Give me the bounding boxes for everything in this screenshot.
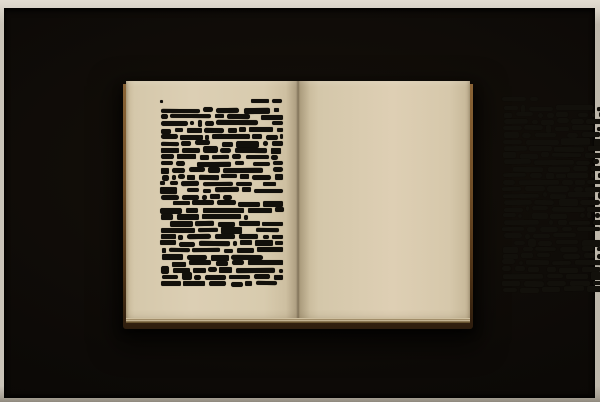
redaction-mark [215, 234, 235, 239]
redaction-mark [239, 221, 260, 226]
redaction-mark [244, 215, 248, 220]
redaction-mark [199, 175, 219, 180]
redaction-mark [161, 168, 169, 174]
redaction-mark [161, 121, 188, 126]
redaction-mark [503, 213, 516, 217]
redaction-mark [542, 287, 560, 292]
redaction-mark [503, 180, 515, 185]
redaction-mark [574, 260, 600, 265]
redaction-mark [209, 281, 226, 286]
black-mount [4, 8, 595, 398]
redaction-mark [573, 166, 588, 171]
redaction-mark [176, 214, 198, 220]
redaction-mark [160, 240, 176, 245]
redaction-mark [254, 274, 270, 279]
redaction-mark [525, 234, 530, 239]
redaction-mark [203, 208, 244, 213]
redaction-mark [195, 221, 214, 226]
redaction-mark [504, 113, 512, 118]
redaction-row [502, 152, 600, 159]
left-page [126, 81, 298, 322]
redaction-mark [504, 208, 523, 212]
redaction-mark [513, 166, 543, 171]
redaction-row [160, 187, 283, 194]
redaction-mark [186, 187, 198, 191]
redaction-mark [176, 161, 185, 166]
redaction-mark [503, 126, 522, 130]
redaction-mark [502, 227, 524, 231]
redaction-mark [503, 140, 522, 145]
redaction-mark [272, 121, 283, 125]
redaction-mark [520, 154, 538, 159]
redaction-mark [587, 146, 600, 151]
redaction-mark [205, 121, 214, 126]
redaction-mark [263, 141, 268, 146]
redaction-mark [216, 108, 239, 113]
redaction-mark [504, 119, 528, 125]
redaction-mark [261, 115, 283, 120]
redaction-mark [187, 128, 202, 133]
redaction-mark [591, 173, 594, 178]
redaction-mark [543, 192, 547, 197]
redaction-mark [186, 208, 198, 213]
redaction-mark [582, 246, 594, 251]
redaction-row [502, 266, 600, 273]
redaction-mark [160, 154, 173, 159]
redaction-mark [584, 253, 595, 258]
redaction-mark [552, 260, 571, 264]
redaction-mark [203, 182, 233, 187]
redaction-mark [555, 174, 565, 178]
redaction-mark [170, 114, 211, 118]
redaction-mark [502, 259, 515, 264]
redaction-mark [253, 162, 270, 166]
redaction-mark [252, 175, 271, 180]
redaction-mark [550, 194, 566, 199]
redaction-mark [173, 201, 190, 205]
redaction-mark [161, 275, 177, 279]
redaction-mark [280, 134, 283, 139]
redaction-mark [193, 268, 206, 273]
redaction-mark [591, 166, 600, 171]
redaction-row [160, 160, 283, 167]
redaction-row [160, 167, 283, 174]
redaction-mark [274, 108, 279, 112]
redaction-row [502, 246, 600, 253]
redaction-mark [178, 174, 185, 179]
redaction-mark [202, 146, 217, 153]
redaction-row [502, 192, 600, 199]
redaction-mark [538, 113, 543, 118]
redaction-mark [263, 182, 276, 186]
redaction-mark [558, 220, 567, 225]
redaction-row [502, 165, 600, 172]
redaction-mark [556, 105, 593, 110]
redaction-mark [593, 220, 600, 225]
redaction-mark [504, 159, 531, 165]
redaction-mark [503, 106, 517, 110]
redaction-mark [177, 154, 196, 159]
redaction-row [160, 240, 283, 247]
redaction-mark [192, 200, 214, 205]
redaction-mark [518, 214, 522, 218]
redaction-mark [195, 140, 210, 145]
redaction-row [160, 140, 283, 147]
redaction-mark [202, 214, 241, 219]
redaction-mark [563, 286, 583, 291]
redaction-header-row [502, 95, 600, 105]
redaction-mark [570, 281, 590, 286]
redaction-mark [212, 155, 229, 160]
redaction-mark [537, 253, 550, 257]
redaction-mark [196, 161, 230, 166]
redaction-mark [504, 220, 539, 226]
redaction-mark [161, 142, 179, 146]
redaction-mark [161, 214, 173, 220]
redaction-mark [161, 228, 195, 233]
redaction-row [502, 212, 600, 219]
open-book [126, 81, 470, 322]
redaction-mark [274, 275, 283, 280]
redaction-mark [547, 274, 563, 278]
redaction-mark [216, 120, 258, 125]
redaction-mark [231, 282, 243, 287]
redaction-row [502, 206, 600, 213]
redaction-mark [546, 281, 565, 286]
redaction-mark [572, 125, 593, 130]
framed-artwork-photo [0, 0, 600, 402]
redaction-mark [161, 148, 179, 153]
redaction-mark [170, 221, 193, 227]
redaction-mark [262, 222, 283, 226]
redaction-mark [541, 152, 549, 157]
redaction-mark [535, 133, 556, 137]
redaction-mark [503, 273, 543, 278]
redaction-mark [273, 167, 283, 172]
redaction-mark [189, 167, 205, 172]
redaction-mark [547, 267, 556, 272]
redaction-mark [562, 227, 572, 231]
redaction-mark [231, 255, 263, 260]
redaction-row [502, 239, 600, 246]
redaction-mark [263, 201, 283, 207]
redaction-mark [532, 206, 548, 210]
redaction-mark [525, 186, 545, 191]
redaction-row [160, 107, 283, 114]
redaction-row [502, 125, 600, 132]
redaction-mark [161, 109, 200, 114]
redaction-mark [203, 107, 213, 112]
redaction-mark [238, 202, 260, 207]
redaction-mark [254, 240, 272, 246]
redaction-mark [227, 114, 250, 119]
redaction-mark [216, 261, 228, 266]
redaction-mark [575, 180, 585, 185]
redaction-mark [175, 128, 183, 132]
redaction-mark [187, 234, 211, 239]
redaction-mark [520, 288, 539, 293]
redaction-mark [592, 113, 595, 117]
redaction-mark [161, 134, 178, 139]
redaction-mark [555, 127, 569, 131]
redaction-row [160, 127, 283, 134]
redaction-mark [211, 134, 249, 139]
redaction-row [502, 112, 600, 119]
redaction-mark [586, 119, 600, 124]
redaction-mark [577, 113, 587, 117]
redaction-mark [204, 128, 224, 134]
redaction-mark [239, 234, 258, 239]
redaction-mark [516, 112, 533, 116]
redaction-mark [577, 227, 600, 231]
redaction-mark [556, 112, 568, 117]
redaction-row [502, 233, 600, 240]
redaction-mark [162, 254, 183, 260]
redaction-mark [228, 275, 249, 279]
redaction-mark [211, 255, 229, 261]
redaction-mark [535, 247, 556, 251]
redaction-mark [514, 241, 525, 245]
redaction-mark [208, 267, 217, 272]
redaction-mark [256, 228, 279, 232]
redaction-mark [251, 99, 269, 103]
redaction-mark [547, 113, 554, 118]
redaction-mark [504, 146, 527, 151]
redaction-mark [275, 174, 283, 180]
redaction-mark [182, 272, 192, 280]
redaction-header-row [160, 97, 283, 107]
redaction-mark [254, 189, 283, 193]
redaction-mark [560, 247, 578, 253]
redaction-mark [587, 286, 600, 292]
redaction-mark [515, 266, 525, 271]
redaction-mark [503, 152, 516, 158]
redaction-row [160, 207, 283, 214]
redaction-mark [217, 200, 236, 205]
redaction-row [160, 120, 283, 127]
redaction-mark [582, 132, 600, 137]
redaction-mark [183, 281, 205, 286]
redaction-mark [194, 275, 201, 280]
redaction-mark [232, 260, 244, 265]
redaction-mark [272, 141, 283, 146]
redaction-mark [273, 161, 283, 165]
page-stack-edge [126, 318, 470, 323]
redaction-mark [240, 240, 252, 245]
redaction-mark [219, 267, 232, 273]
redaction-mark [240, 174, 249, 179]
redaction-mark [272, 235, 283, 239]
redaction-row [160, 280, 283, 287]
redaction-mark [521, 253, 533, 258]
redaction-row [502, 273, 600, 280]
redaction-mark [540, 227, 558, 232]
redaction-mark [198, 228, 218, 232]
redaction-mark [502, 266, 511, 271]
redaction-mark [552, 153, 581, 158]
redaction-mark [256, 281, 277, 285]
redaction-mark [237, 248, 254, 253]
redaction-mark [593, 281, 600, 285]
redaction-mark [180, 181, 198, 186]
redaction-mark [580, 200, 600, 205]
redaction-mark [587, 212, 591, 218]
redaction-mark [526, 206, 529, 211]
redaction-mark [503, 193, 539, 198]
redaction-mark [208, 167, 220, 173]
redaction-mark [235, 161, 244, 165]
redaction-mark [526, 140, 559, 145]
redaction-mark [170, 181, 178, 185]
redaction-mark [541, 120, 554, 125]
redaction-mark [220, 148, 231, 153]
redaction-mark [161, 281, 181, 286]
redaction-row [502, 219, 600, 226]
redaction-mark [252, 134, 262, 139]
redaction-row [160, 267, 283, 274]
redaction-row [502, 172, 600, 179]
redaction-mark [534, 199, 554, 204]
redaction-mark [223, 168, 263, 173]
redaction-mark [190, 121, 194, 125]
redaction-block-right [502, 95, 600, 293]
redaction-row [160, 180, 283, 187]
redaction-mark [199, 241, 230, 246]
redaction-mark [189, 260, 211, 265]
redaction-mark [530, 97, 538, 101]
right-page [298, 81, 470, 322]
redaction-mark [271, 147, 281, 153]
redaction-mark [228, 128, 237, 133]
redaction-mark [161, 161, 173, 165]
redaction-mark [235, 148, 267, 153]
redaction-mark [209, 194, 219, 199]
redaction-mark [529, 107, 553, 111]
redaction-mark [524, 125, 543, 130]
redaction-mark [556, 240, 578, 244]
redaction-block-left [160, 97, 283, 287]
redaction-mark [233, 241, 237, 246]
redaction-mark [563, 254, 580, 259]
redaction-mark [160, 99, 163, 102]
redaction-mark [275, 241, 283, 245]
redaction-mark [245, 281, 252, 286]
redaction-row [502, 139, 600, 146]
redaction-row [502, 199, 600, 206]
redaction-row [160, 247, 283, 254]
redaction-mark [502, 281, 520, 286]
redaction-mark [279, 269, 283, 273]
redaction-mark [587, 180, 600, 184]
redaction-mark [242, 187, 251, 192]
redaction-row [160, 260, 283, 267]
redaction-row [160, 220, 283, 227]
redaction-mark [556, 118, 568, 123]
redaction-mark [244, 108, 270, 114]
redaction-mark [547, 186, 569, 192]
redaction-mark [224, 249, 233, 253]
redaction-mark [236, 182, 252, 187]
redaction-mark [550, 214, 567, 219]
redaction-mark [569, 221, 590, 225]
redaction-mark [215, 187, 239, 192]
redaction-row [502, 280, 600, 287]
redaction-row [502, 286, 600, 293]
redaction-mark [187, 175, 195, 180]
redaction-mark [172, 168, 185, 173]
redaction-row [502, 159, 600, 166]
redaction-mark [532, 120, 538, 124]
redaction-mark [162, 248, 166, 253]
redaction-mark [182, 195, 199, 200]
book-pages [126, 81, 470, 322]
redaction-mark [272, 99, 282, 103]
redaction-mark [553, 233, 576, 237]
redaction-mark [222, 142, 233, 147]
redaction-mark [533, 234, 550, 238]
redaction-mark [221, 174, 237, 178]
redaction-mark [263, 235, 269, 239]
redaction-mark [580, 213, 585, 218]
redaction-mark [277, 127, 283, 131]
redaction-mark [559, 268, 578, 273]
redaction-mark [172, 175, 176, 180]
redaction-row [502, 145, 600, 152]
redaction-mark [561, 138, 590, 145]
redaction-mark [503, 288, 517, 292]
redaction-row [502, 226, 600, 233]
redaction-mark [528, 146, 551, 151]
redaction-mark [192, 248, 220, 252]
redaction-mark [519, 261, 523, 265]
redaction-mark [503, 173, 526, 177]
redaction-mark [526, 260, 549, 265]
redaction-mark [534, 160, 574, 165]
redaction-mark [567, 173, 588, 178]
redaction-mark [202, 189, 210, 193]
redaction-mark [522, 133, 531, 138]
redaction-mark [246, 155, 269, 159]
redaction-row [502, 105, 600, 112]
redaction-mark [161, 129, 171, 134]
redaction-mark [249, 127, 273, 132]
redaction-mark [248, 208, 272, 213]
redaction-mark [504, 132, 519, 138]
redaction-mark [570, 119, 583, 124]
redaction-mark [215, 114, 224, 118]
redaction-mark [239, 127, 246, 132]
redaction-mark [576, 161, 590, 165]
redaction-mark [561, 180, 572, 185]
redaction-mark [574, 187, 583, 192]
redaction-mark [179, 242, 195, 247]
redaction-row [160, 227, 283, 234]
redaction-mark [181, 141, 191, 146]
redaction-mark [236, 268, 275, 273]
redaction-mark [504, 233, 522, 238]
redaction-mark [161, 114, 168, 119]
redaction-mark [595, 213, 600, 218]
redaction-mark [528, 267, 539, 272]
redaction-mark [592, 159, 598, 164]
redaction-mark [182, 148, 200, 153]
redaction-mark [585, 153, 600, 158]
redaction-mark [247, 260, 282, 265]
redaction-mark [169, 248, 190, 252]
redaction-mark [523, 247, 533, 251]
redaction-mark [161, 234, 176, 239]
redaction-mark [502, 97, 526, 101]
